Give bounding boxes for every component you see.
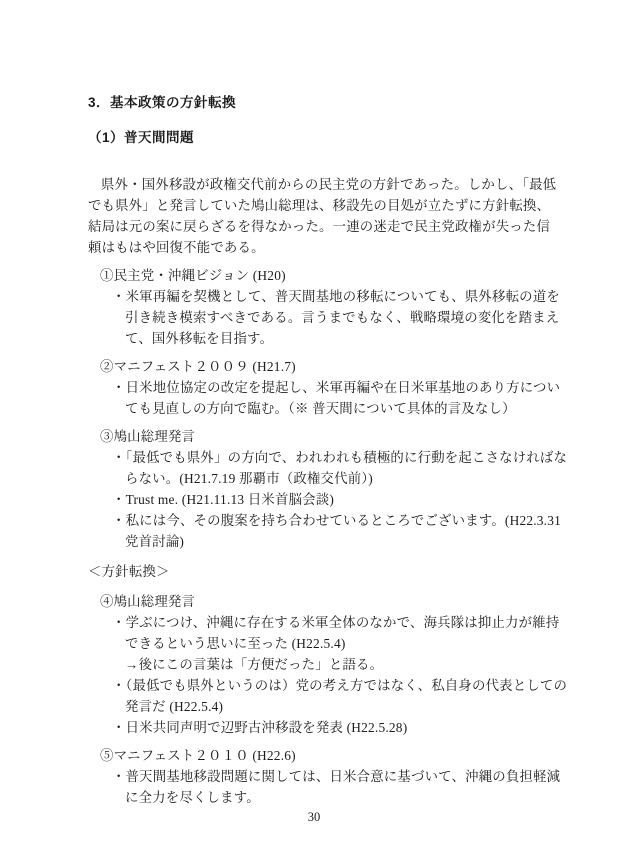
list-item-line: らない。(H21.7.19 那覇市（政権交代前）) — [88, 468, 558, 489]
list-item-line: ・「最低でも県外」の方向で、われわれも積極的に行動を起こさなければな — [88, 447, 558, 468]
list-item-line: ・Trust me. (H21.11.13 日米首脳会談) — [88, 489, 558, 510]
intro-paragraph-line: 結局は元の案に戻らざるを得なかった。一連の迷走で民主党政権が失った信 — [88, 216, 558, 237]
divider-label: ＜方針転換＞ — [88, 561, 558, 582]
list-item-line: ・（最低でも県外というのは）党の考え方ではなく、私自身の代表としての — [88, 675, 558, 696]
list-item-line: ・普天間基地移設問題に関しては、日米合意に基づいて、沖縄の負担軽減 — [88, 766, 558, 787]
list-item-line: ・学ぶにつけ、沖縄に存在する米軍全体のなかで、海兵隊は抑止力が維持 — [88, 612, 558, 633]
subsection-heading: （1）普天間問題 — [88, 127, 558, 148]
intro-paragraph-line: 頼はもはや回復不能である。 — [88, 237, 558, 258]
list-item-line: 発言だ (H22.5.4) — [88, 696, 558, 717]
list-item-line: できるという思いに至った (H22.5.4) — [88, 633, 558, 654]
intro-paragraph-line: でも県外」と発言していた鳩山総理は、移設先の目処が立たずに方針転換、 — [88, 195, 558, 216]
list-item-line: ・私には今、その腹案を持ち合わせているところでございます。(H22.3.31 — [88, 510, 558, 531]
list-item-title: ②マニフェスト２００９ (H21.7) — [88, 356, 558, 377]
list-item-line: 引き続き模索すべきである。言うまでもなく、戦略環境の変化を踏まえ — [88, 307, 558, 328]
section-heading: 3．基本政策の方針転換 — [88, 92, 558, 113]
list-item-line: に全力を尽くします。 — [88, 787, 558, 808]
list-item-title: ④鳩山総理発言 — [88, 591, 558, 612]
intro-paragraph-line: 県外・国外移設が政権交代前からの民主党の方針であった。しかし、「最低 — [88, 174, 558, 195]
list-item-title: ①民主党・沖縄ビジョン (H20) — [88, 265, 558, 286]
list-item-line: 党首討論) — [88, 531, 558, 552]
document-page: 3．基本政策の方針転換 （1）普天間問題 県外・国外移設が政権交代前からの民主党… — [0, 0, 628, 865]
list-item-line: ても見直しの方向で臨む。（※ 普天間について具体的言及なし） — [88, 398, 558, 419]
list-item-line: →後にこの言葉は「方便だった」と語る。 — [88, 654, 558, 675]
list-item-line: ・日米共同声明で辺野古沖移設を発表 (H22.5.28) — [88, 717, 558, 738]
list-item-title: ③鳩山総理発言 — [88, 426, 558, 447]
list-item-line: て、国外移転を目指す。 — [88, 328, 558, 349]
page-number: 30 — [0, 810, 628, 825]
list-item-line: ・米軍再編を契機として、普天間基地の移転についても、県外移転の道を — [88, 286, 558, 307]
list-item-title: ⑤マニフェスト２０１０ (H22.6) — [88, 745, 558, 766]
document-content: 3．基本政策の方針転換 （1）普天間問題 県外・国外移設が政権交代前からの民主党… — [88, 92, 558, 808]
list-item-line: ・日米地位協定の改定を提起し、米軍再編や在日米軍基地のあり方につい — [88, 377, 558, 398]
